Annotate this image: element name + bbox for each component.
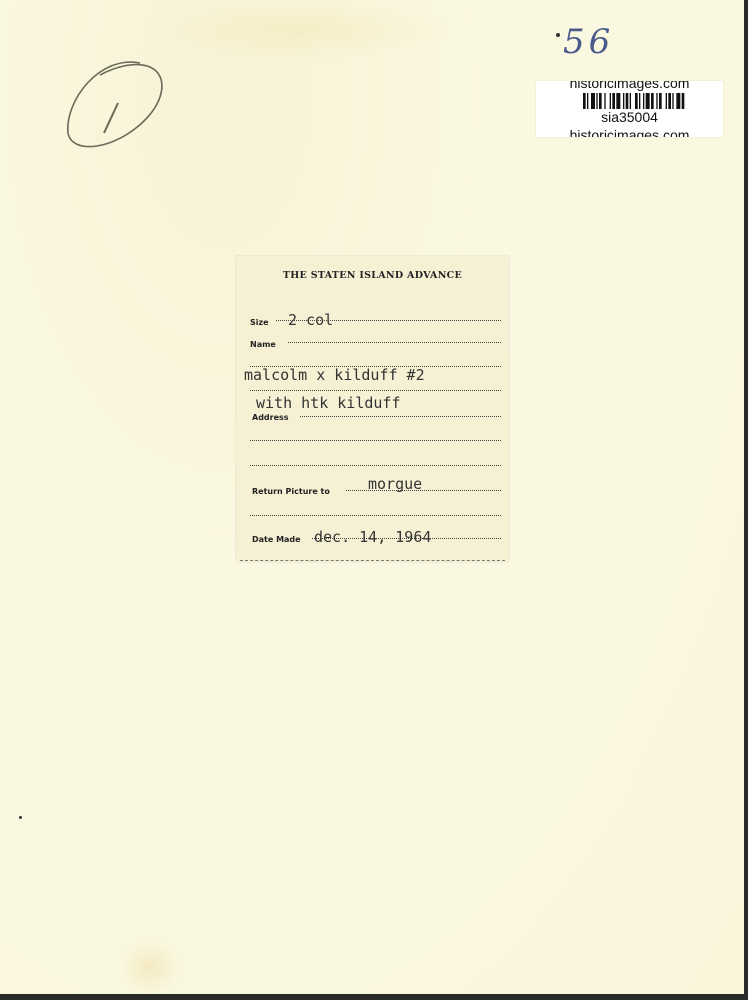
name-line-3 bbox=[250, 390, 501, 391]
address-label: Address bbox=[252, 413, 289, 422]
paper-speck bbox=[19, 816, 22, 819]
circled-number-mark bbox=[60, 55, 170, 155]
photo-back-paper: 1 56 historicimages.com sia35004 histori… bbox=[0, 0, 744, 994]
info-card: THE STATEN ISLAND ADVANCE Size 2 col Nam… bbox=[236, 256, 509, 562]
barcode-id: sia35004 bbox=[536, 109, 723, 125]
name-value-line1: malcolm x kilduff #2 bbox=[244, 366, 425, 384]
address-line bbox=[300, 416, 501, 417]
address-line-2 bbox=[250, 440, 501, 441]
date-value: dec. 14, 1964 bbox=[314, 528, 431, 546]
barcode-site-top: historicimages.com bbox=[536, 81, 723, 91]
return-line-2 bbox=[250, 515, 501, 516]
barcode-icon bbox=[583, 93, 723, 109]
paper-stain bbox=[150, 0, 450, 60]
size-label: Size bbox=[250, 318, 269, 327]
name-line bbox=[288, 342, 501, 343]
return-value: morgue bbox=[368, 475, 422, 493]
barcode-label: historicimages.com sia35004 historicimag… bbox=[536, 81, 723, 137]
address-line-3 bbox=[250, 465, 501, 466]
paper-stain bbox=[120, 940, 180, 994]
name-label: Name bbox=[250, 340, 276, 349]
name-value-line2: with htk kilduff bbox=[256, 394, 401, 412]
size-value: 2 col bbox=[288, 311, 333, 329]
card-bottom-edge bbox=[240, 560, 505, 561]
handwritten-number: 56 bbox=[563, 22, 614, 62]
barcode-site-bottom: historicimages.com bbox=[536, 127, 723, 137]
ink-dot bbox=[556, 33, 560, 37]
card-title: THE STATEN ISLAND ADVANCE bbox=[236, 270, 509, 281]
date-label: Date Made bbox=[252, 535, 301, 544]
return-label: Return Picture to bbox=[252, 487, 330, 496]
